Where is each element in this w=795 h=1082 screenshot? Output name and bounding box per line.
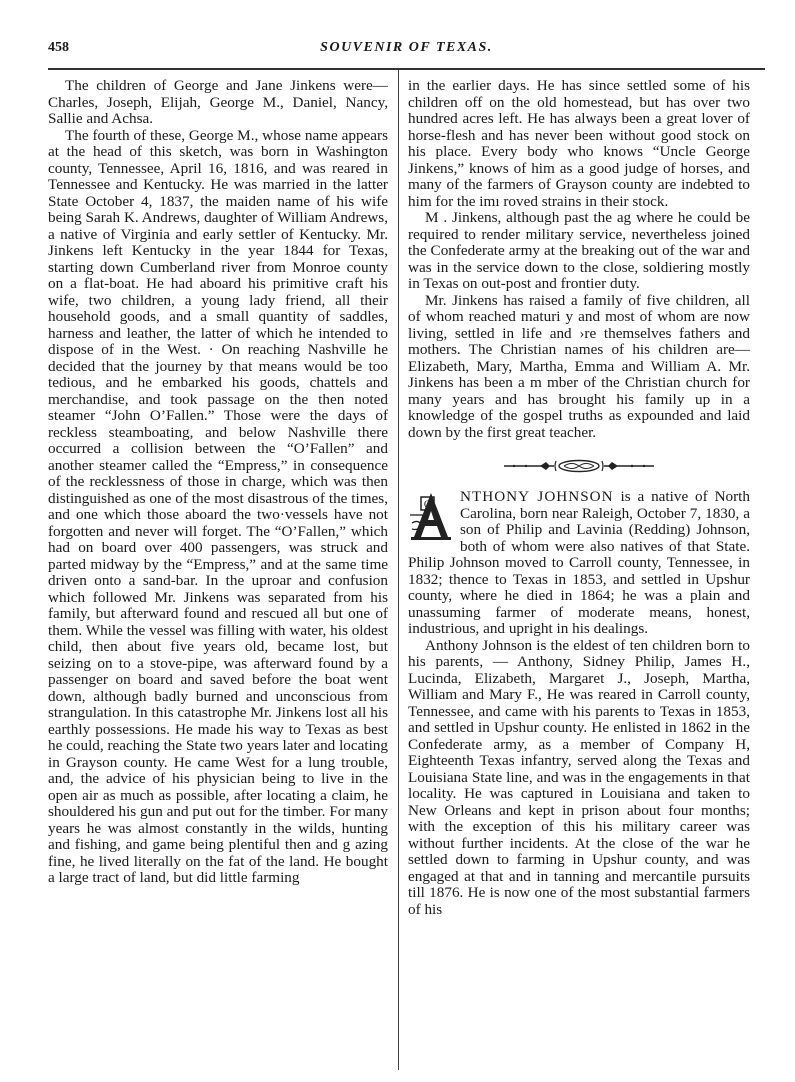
drop-cap-initial: G (408, 491, 454, 541)
left-column: The children of George and Jane Jinkens … (48, 78, 388, 887)
book-page: 458 SOUVENIR OF TEXAS. The children of G… (48, 0, 768, 1082)
decorated-letter-a-icon: G (408, 491, 454, 541)
column-divider (398, 70, 399, 1070)
anthony-johnson-intro: G NTHONY JOHNSON is a native of North Ca… (408, 489, 750, 638)
right-column: in the earlier days. He has since settle… (408, 78, 750, 918)
subject-name: NTHONY JOHNSON (460, 488, 614, 505)
paragraph-george-biography: The fourth of these, George M., whose na… (48, 128, 388, 887)
paragraph-children-list: The children of George and Jane Jinkens … (48, 78, 388, 128)
paragraph-military-service: M . Jinkens, although past the ag where … (408, 210, 750, 293)
paragraph-anthony-johnson-life: Anthony Johnson is the eldest of ten chi… (408, 638, 750, 919)
ornament-icon (504, 459, 654, 473)
paragraph-family: Mr. Jinkens has raised a family of five … (408, 293, 750, 442)
running-title: SOUVENIR OF TEXAS. (48, 40, 765, 56)
page-header: 458 SOUVENIR OF TEXAS. (48, 40, 765, 60)
intro-text: is a native of North Carolina, born near… (408, 488, 750, 637)
paragraph-continuation: in the earlier days. He has since settle… (408, 78, 750, 210)
section-divider-ornament (408, 451, 750, 481)
svg-text:G: G (424, 500, 431, 511)
header-rule (48, 68, 765, 70)
